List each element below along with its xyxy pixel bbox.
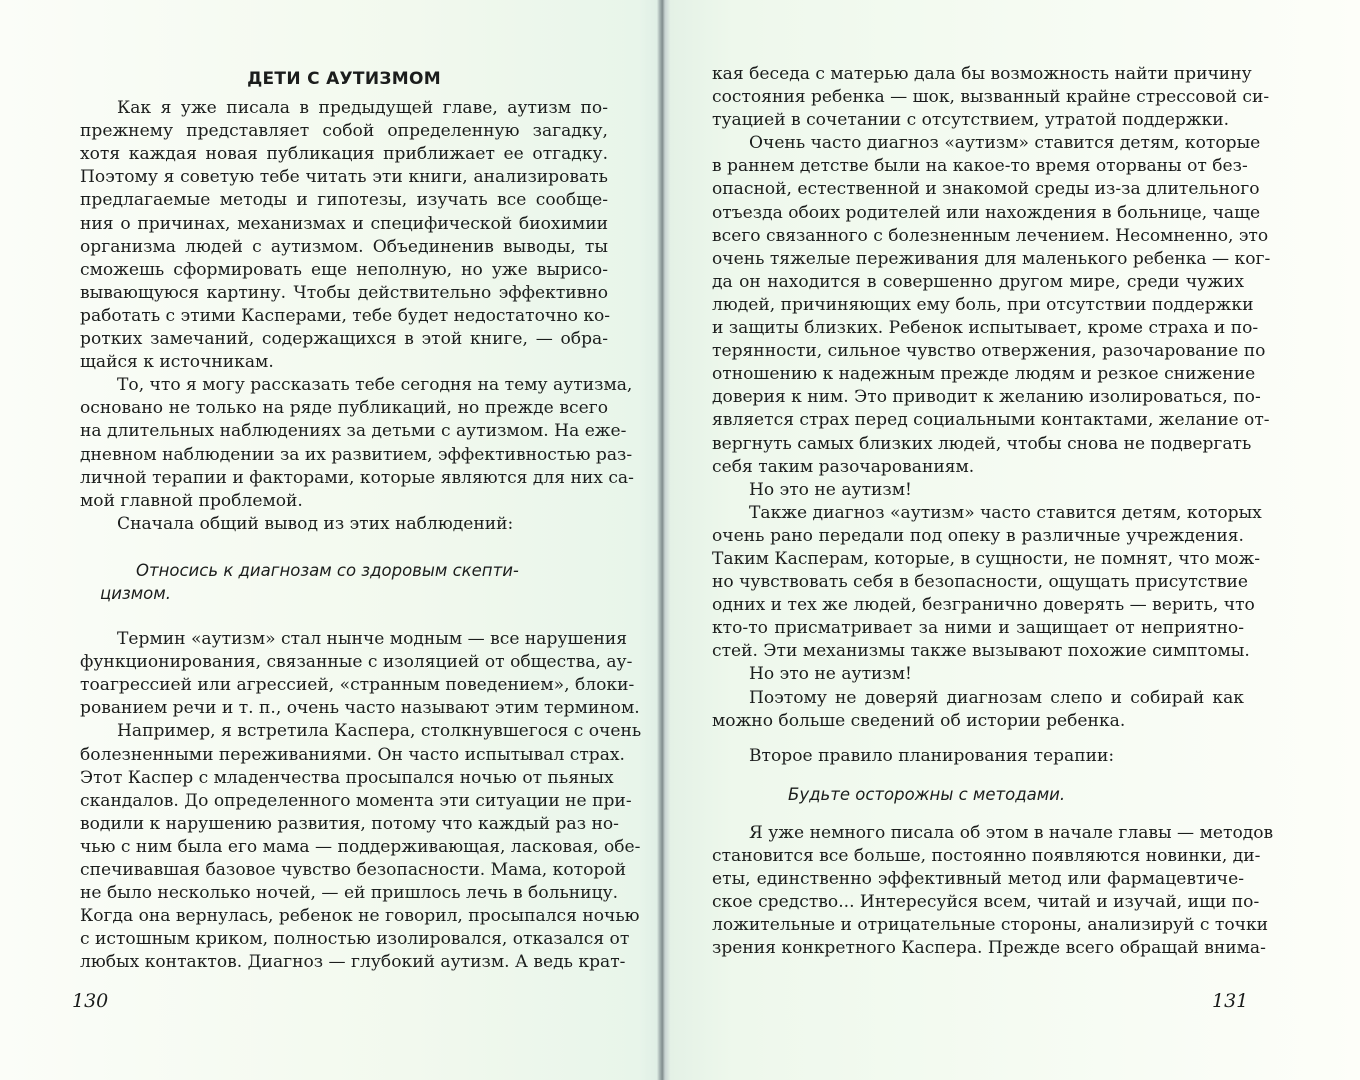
text-line: Но это не аутизм! — [712, 479, 1244, 502]
text-line: сможешь сформировать еще неполную, но уж… — [80, 259, 608, 282]
text-line: личной терапии и факторами, которые явля… — [80, 467, 608, 490]
text-line: Но это не аутизм! — [712, 663, 1244, 686]
text-line: отношению к надежным прежде людям и резк… — [712, 363, 1244, 386]
text-line: мой главной проблемой. — [80, 490, 608, 513]
text-line: в раннем детстве были на какое-то время … — [712, 155, 1244, 178]
text-line: Термин «аутизм» стал нынче модным — все … — [80, 628, 608, 651]
text-line: чью с ним была его мама — поддерживающая… — [80, 836, 608, 859]
text-line: опасной, естественной и знакомой среды и… — [712, 178, 1244, 201]
text-line: рованием речи и т. п., очень часто назыв… — [80, 697, 608, 720]
text-line: очень рано передали под опеку в различны… — [712, 525, 1244, 548]
text-line: Очень часто диагноз «аутизм» ставится де… — [712, 132, 1244, 155]
text-line: и защиты близких. Ребенок испытывает, кр… — [712, 317, 1244, 340]
left-page-text: ДЕТИ С АУТИЗМОМ Как я уже писала в преды… — [80, 68, 608, 974]
text-line: очень тяжелые переживания для маленького… — [712, 248, 1244, 271]
text-line: Например, я встретила Каспера, столкнувш… — [80, 720, 608, 743]
text-line: ложительные и отрицательные стороны, ана… — [712, 914, 1244, 937]
text-line: туацией в сочетании с отсутствием, утрат… — [712, 109, 1244, 132]
text-line: состояния ребенка — шок, вызванный крайн… — [712, 86, 1244, 109]
text-line: То, что я могу рассказать тебе сегодня н… — [80, 374, 608, 397]
text-line: на длительных наблюдениях за детьми с ау… — [80, 420, 608, 443]
text-line: щайся к источникам. — [80, 351, 608, 374]
text-line: болезненными переживаниями. Он часто исп… — [80, 744, 608, 767]
text-line: Таким Касперам, которые, в сущности, не … — [712, 548, 1244, 571]
text-line: Этот Каспер с младенчества просыпался но… — [80, 767, 608, 790]
text-line: ское средство... Интересуйся всем, читай… — [712, 891, 1244, 914]
text-line: Поэтому я советую тебе читать эти книги,… — [80, 166, 608, 189]
text-line: водили к нарушению развития, потому что … — [80, 813, 608, 836]
text-line: организма людей с аутизмом. Объединенив … — [80, 236, 608, 259]
text-line: ния о причинах, механизмах и специфическ… — [80, 213, 608, 236]
text-line: отъезда обоих родителей или нахождения в… — [712, 202, 1244, 225]
left-page: ДЕТИ С АУТИЗМОМ Как я уже писала в преды… — [0, 0, 656, 1080]
text-line: доверия к ним. Это приводит к желанию из… — [712, 386, 1244, 409]
text-line: дневном наблюдении за их развитием, эффе… — [80, 444, 608, 467]
text-line: кто-то присматривает за ними и защищает … — [712, 617, 1244, 640]
text-line: Сначала общий вывод из этих наблюдений: — [80, 513, 608, 536]
chapter-heading: ДЕТИ С АУТИЗМОМ — [80, 68, 608, 91]
page-number: 130 — [72, 990, 108, 1012]
text-line: ротких замечаний, содержащихся в этой кн… — [80, 328, 608, 351]
text-line: да он находится в совершенно другом мире… — [712, 271, 1244, 294]
right-page: кая беседа с матерью дала бы возможность… — [670, 0, 1360, 1080]
rule-text: Относись к диагнозам со здоровым скепти- — [80, 559, 608, 582]
text-line: но чувствовать себя в безопасности, ощущ… — [712, 571, 1244, 594]
text-line: функционирования, связанные с изоляцией … — [80, 651, 608, 674]
text-line: не было несколько ночей, — ей пришлось л… — [80, 882, 608, 905]
text-line: Я уже немного писала об этом в начале гл… — [712, 822, 1244, 845]
text-line: Как я уже писала в предыдущей главе, аут… — [80, 97, 608, 120]
text-line: становится все больше, постоянно появляю… — [712, 845, 1244, 868]
text-line: можно больше сведений об истории ребенка… — [712, 710, 1244, 733]
text-line: Когда она вернулась, ребенок не говорил,… — [80, 905, 608, 928]
text-line: скандалов. До определенного момента эти … — [80, 790, 608, 813]
text-line: зрения конкретного Каспера. Прежде всего… — [712, 937, 1244, 960]
text-line: работать с этими Касперами, тебе будет н… — [80, 305, 608, 328]
text-line: вывающуюся картину. Чтобы действительно … — [80, 282, 608, 305]
text-line: спечивавшая базовое чувство безопасности… — [80, 859, 608, 882]
rule-text: Будьте осторожны с методами. — [712, 780, 1244, 810]
text-line: стей. Эти механизмы также вызывают похож… — [712, 640, 1244, 663]
page-number: 131 — [1212, 990, 1248, 1012]
text-line: себя таким разочарованиям. — [712, 456, 1244, 479]
text-line: с истошным криком, полностью изолировалс… — [80, 928, 608, 951]
text-line: любых контактов. Диагноз — глубокий аути… — [80, 951, 608, 974]
text-line: терянности, сильное чувство отвержения, … — [712, 340, 1244, 363]
right-page-text: кая беседа с матерью дала бы возможность… — [712, 63, 1244, 960]
text-line: хотя каждая новая публикация приближает … — [80, 143, 608, 166]
text-line: еты, единственно эффективный метод или ф… — [712, 868, 1244, 891]
text-line: Второе правило планирования терапии: — [712, 745, 1244, 768]
text-line: одних и тех же людей, безгранично доверя… — [712, 594, 1244, 617]
text-line: вергнуть самых близких людей, чтобы снов… — [712, 433, 1244, 456]
text-line: прежнему представляет собой определенную… — [80, 120, 608, 143]
text-line: тоагрессией или агрессией, «странным пов… — [80, 674, 608, 697]
text-line: является страх перед социальными контакт… — [712, 409, 1244, 432]
rule-text: цизмом. — [80, 582, 608, 605]
text-line: основано не только на ряде публикаций, н… — [80, 397, 608, 420]
text-line: Поэтому не доверяй диагнозам слепо и соб… — [712, 687, 1244, 710]
text-line: людей, причиняющих ему боль, при отсутст… — [712, 294, 1244, 317]
text-line: кая беседа с матерью дала бы возможность… — [712, 63, 1244, 86]
text-line: всего связанного с болезненным лечением.… — [712, 225, 1244, 248]
text-line: предлагаемые методы и гипотезы, изучать … — [80, 189, 608, 212]
text-line: Также диагноз «аутизм» часто ставится де… — [712, 502, 1244, 525]
